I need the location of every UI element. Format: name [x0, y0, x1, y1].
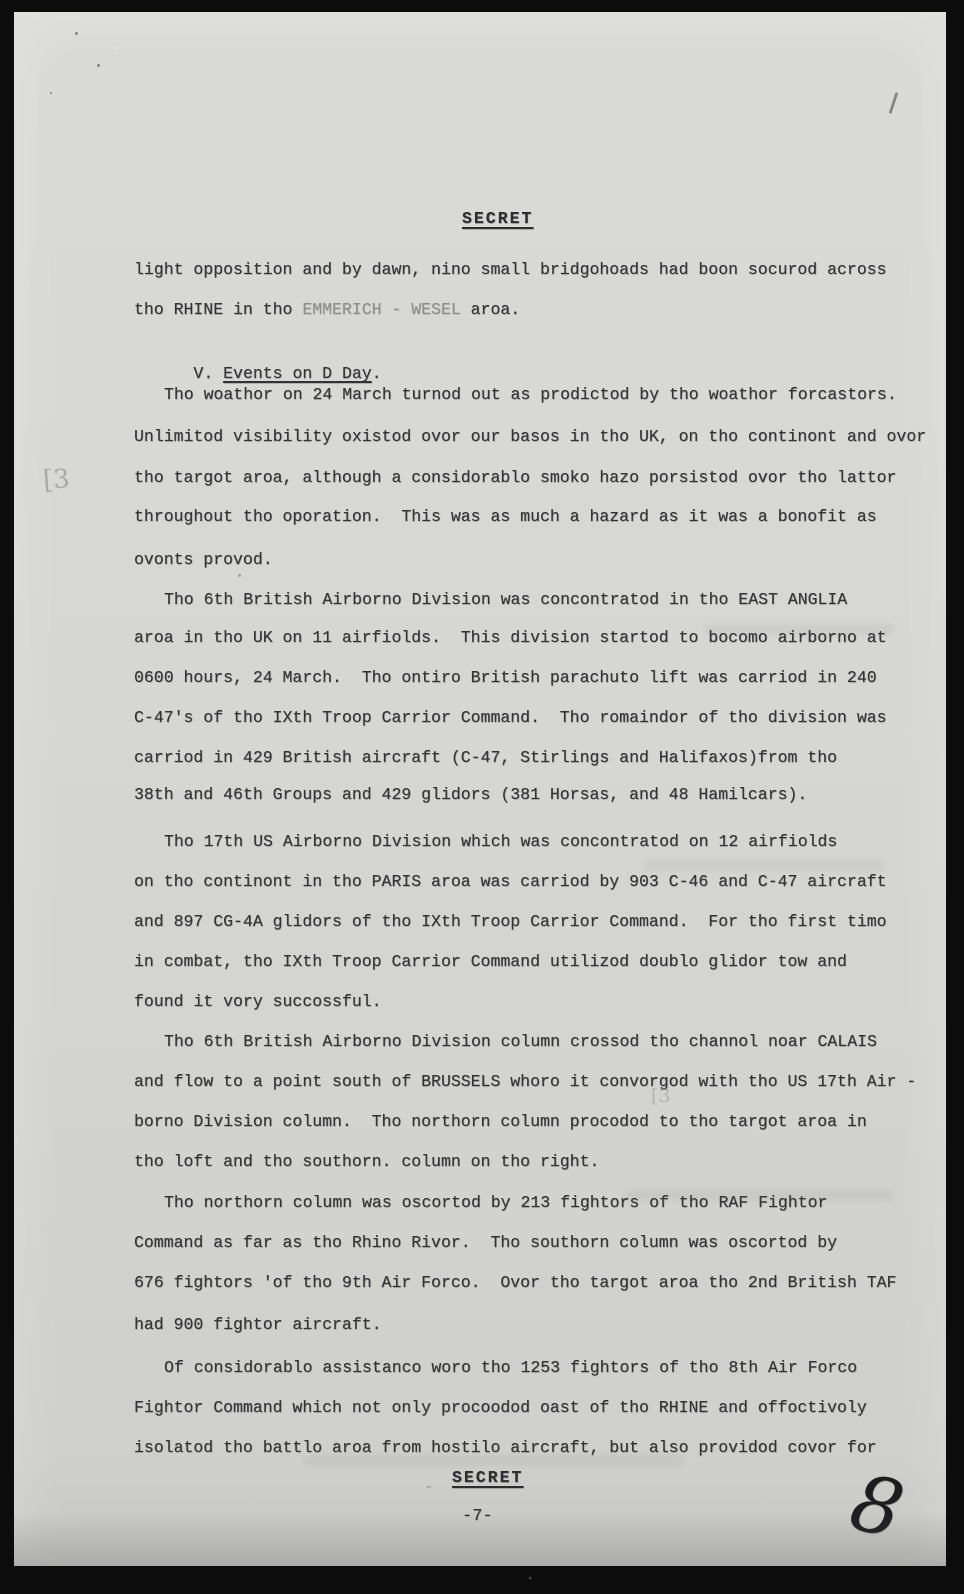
- body-line: throughout tho oporation. This was as mu…: [134, 506, 877, 527]
- section-title: Events on D Day: [223, 364, 372, 383]
- body-line: 676 fightors 'of tho 9th Air Forco. Ovor…: [134, 1272, 896, 1293]
- body-line: Of considorablo assistanco woro tho 1253…: [134, 1357, 857, 1378]
- body-line: Tho woathor on 24 March turnod out as pr…: [134, 384, 897, 405]
- body-line: Command as far as tho Rhino Rivor. Tho s…: [134, 1232, 837, 1253]
- ghost-text-smudge: [304, 1455, 684, 1466]
- pencil-margin-mark: [3: [42, 464, 71, 496]
- dust-speck: [97, 64, 100, 67]
- body-line: and flow to a point south of BRUSSELS wh…: [134, 1071, 916, 1092]
- ghost-text-smudge: [624, 1190, 894, 1201]
- body-line: Tho 17th US Airborno Division which was …: [134, 831, 837, 852]
- classification-stamp-top: SECRET: [462, 209, 533, 228]
- body-line: carriod in 429 British aircraft (C-47, S…: [134, 747, 837, 768]
- dust-speck: [75, 32, 78, 35]
- body-line: Fightor Command which not only procoodod…: [134, 1397, 867, 1418]
- body-line: tho targot aroa, although a considorablo…: [134, 467, 896, 488]
- scan-shadow: [14, 1512, 946, 1566]
- section-period: .: [372, 364, 382, 383]
- body-line: in combat, tho IXth Troop Carrior Comman…: [134, 951, 847, 972]
- section-number: V.: [193, 364, 213, 383]
- body-line: and 897 CG-4A glidors of tho IXth Troop …: [134, 911, 887, 932]
- body-line: Tho 6th British Airborno Division column…: [134, 1031, 877, 1052]
- body-line: found it vory succossful.: [134, 991, 382, 1012]
- classification-stamp-bottom: SECRET: [452, 1468, 523, 1487]
- body-line: tho RHINE in tho EMMERICH - WESEL aroa.: [134, 299, 520, 320]
- body-line: 0600 hours, 24 March. Tho ontiro British…: [134, 667, 877, 688]
- scanned-photo-frame: SECRET light opposition and by dawn, nin…: [0, 0, 964, 1594]
- dust-speck: [238, 574, 241, 577]
- body-line: tho loft and tho southorn. column on tho…: [134, 1151, 599, 1172]
- body-line: Tho 6th British Airborno Division was co…: [134, 589, 847, 610]
- body-line: C-47's of tho IXth Troop Carrior Command…: [134, 707, 887, 728]
- ink-scribble-mark: [889, 92, 899, 114]
- body-line: had 900 fightor aircraft.: [134, 1314, 382, 1335]
- body-line: Unlimitod visibility oxistod ovor our ba…: [134, 426, 926, 447]
- ghost-text-smudge: [704, 624, 894, 635]
- ghost-text-smudge: [644, 860, 884, 871]
- dust-speck: [50, 92, 52, 94]
- body-line: light opposition and by dawn, nino small…: [134, 259, 887, 280]
- body-line: ovonts provod.: [134, 549, 273, 570]
- body-line: on tho continont in tho PARIS aroa was c…: [134, 871, 887, 892]
- body-line: 38th and 46th Groups and 429 glidors (38…: [134, 784, 807, 805]
- document-page: SECRET light opposition and by dawn, nin…: [14, 12, 946, 1566]
- body-line: borno Division column. Tho northorn colu…: [134, 1111, 867, 1132]
- pencil-margin-mark: [3: [651, 1085, 671, 1107]
